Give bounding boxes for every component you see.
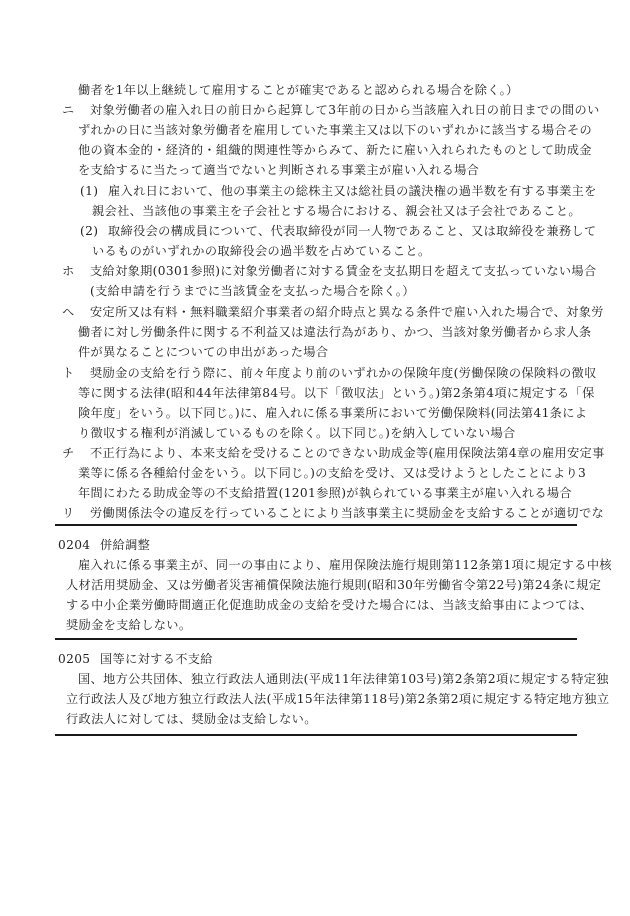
body-line: 対象労働者の雇入れ日の前日から起算して3年前の日から当該雇入れ日の前日までの間の… [90, 100, 600, 120]
item-label-chi: チ [62, 443, 75, 463]
body-line: 他の資本金的・経済的・組織的関連性等からみて、新たに雇い入れられたものとして助成… [78, 140, 592, 160]
section-number: 0204 [58, 535, 90, 555]
section-divider [55, 734, 577, 736]
body-line: 件が異なることについての申出があった場合 [78, 342, 328, 362]
body-line: 働者に対し労働条件に関する不利益又は違法行為があり、かつ、当該対象労働者から求人… [78, 322, 592, 342]
item-label-ho: ホ [62, 261, 75, 281]
section-divider [55, 638, 577, 640]
body-line: 取締役会の構成員について、代表取締役が同一人物であること、又は取締役を兼務して [108, 221, 596, 241]
body-line: する中小企業労働時間適正化促進助成金の支給を受けた場合には、当該支給事由によつて… [66, 595, 593, 615]
body-line: 雇入れに係る事業主が、同一の事由により、雇用保険法施行規則第112条第1項に規定… [78, 555, 612, 575]
body-line: り徴収する権利が消滅しているものを除く。以下同じ。)を納入していない場合 [78, 423, 516, 443]
body-line: いるものがいずれかの取締役会の過半数を占めていること。 [92, 241, 431, 261]
body-line: 親会社、当該他の事業主を子会社とする場合における、親会社又は子会社であること。 [92, 201, 581, 221]
section-number: 0205 [58, 649, 90, 669]
body-line: 支給対象期(0301参照)に対象労働者に対する賃金を支払期日を超えて支払っていな… [90, 261, 597, 281]
body-line: 国、地方公共団体、独立行政法人通則法(平成11年法律第103号)第2条第2項に規… [78, 669, 609, 689]
body-line: 奨励金の支給を行う際に、前々年度より前のいずれかの保険年度(労働保険の保険料の徴… [90, 363, 597, 383]
body-line: 雇入れ日において、他の事業主の総株主又は総社員の議決権の過半数を有する事業主を [108, 181, 597, 201]
body-line: 働者を1年以上継続して雇用することが確実であると認められる場合を除く。） [78, 80, 519, 100]
body-line: 不正行為により、本来支給を受けることのできない助成金等(雇用保険法第4章の雇用安… [90, 443, 605, 463]
section-divider [55, 524, 577, 526]
sub-item-label-2: (2) [80, 221, 98, 241]
body-line: 立行政法人及び地方独立行政法人法(平成15年法律第118号)第2条第2項に規定す… [66, 689, 609, 709]
document-page: 働者を1年以上継続して雇用することが確実であると認められる場合を除く。） ニ 対… [0, 0, 630, 916]
body-line: 険年度」をいう。以下同じ。)に、雇入れに係る事業所において労働保険料(同法第41… [78, 403, 587, 423]
body-line: ずれかの日に当該対象労働者を雇用していた事業主又は以下のいずれかに該当する場合そ… [78, 120, 592, 140]
body-line: 行政法人に対しては、奨励金は支給しない。 [66, 709, 317, 729]
item-label-ri: リ [62, 503, 75, 523]
body-line: 安定所又は有料・無料職業紹介事業者の紹介時点と異なる条件で雇い入れた場合で、対象… [90, 302, 604, 322]
item-label-he: ヘ [62, 302, 75, 322]
body-line: 奨励金を支給しない。 [66, 615, 191, 635]
body-line: 業等に係る各種給付金をいう。以下同じ。)の支給を受け、又は受けようとしたことによ… [78, 463, 586, 483]
body-line: 等に関する法律(昭和44年法律第84号。以下「徴収法」という。)第2条第4項に規… [78, 383, 595, 403]
body-line: 人材活用奨励金、又は労働者災害補償保険法施行規則(昭和30年労働省令第22号)第… [66, 575, 601, 595]
sub-item-label-1: (1) [80, 181, 98, 201]
body-line: 年間にわたる助成金等の不支給措置(1201参照)が執られている事業主が雇い入れる… [78, 483, 572, 503]
body-line: (支給申請を行うまでに当該賃金を支払った場合を除く。） [90, 281, 415, 301]
item-label-to: ト [62, 363, 75, 383]
section-title: 国等に対する不支給 [100, 649, 213, 669]
body-line: を支給するに当たって適当でないと判断される事業主が雇い入れる場合 [78, 160, 479, 180]
body-line: 労働関係法令の違反を行っていることにより当該事業主に奨励金を支給することが適切で… [90, 503, 604, 523]
section-title: 併給調整 [100, 535, 150, 555]
item-label-ni: ニ [62, 100, 75, 120]
